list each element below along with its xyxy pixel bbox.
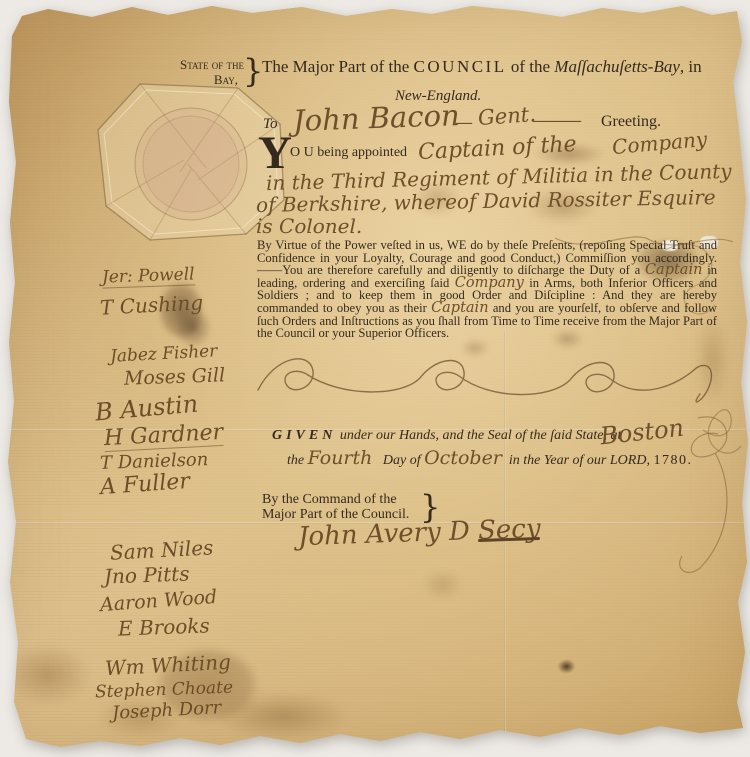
title-pre: The Major Part of the [262, 57, 414, 76]
signature-tail-stroke [478, 537, 540, 542]
stain [415, 565, 470, 605]
suffix-dash: ——— [532, 110, 580, 131]
body-script-captain2: Captain [431, 300, 488, 316]
stain [168, 300, 218, 355]
given-line2: the Fourth Day of October in the Year of… [287, 447, 692, 469]
body-script-company: Company [455, 275, 524, 291]
body-seg1: By Virtue of the Power veſted in us, WE … [257, 238, 717, 277]
stain [0, 635, 105, 715]
stain [690, 300, 735, 420]
command-line2: Major Part of the Council. [262, 507, 409, 522]
torn-patch [700, 236, 718, 249]
embossed-paper-seal [88, 72, 293, 257]
council-signature: B Austin [94, 390, 199, 427]
council-signature: Aaron Wood [99, 586, 217, 616]
council-signature: Moses Gill [124, 364, 226, 390]
stain [195, 685, 370, 747]
stain [515, 182, 610, 230]
fold-crease-vertical [504, 332, 506, 757]
secretary-signature: John Avery D Secy [298, 514, 541, 552]
stain [85, 690, 195, 745]
state-line2: Bay, [148, 72, 244, 87]
council-signature: H Gardner [103, 420, 223, 452]
commission-body-paragraph: By Virtue of the Power veſted in us, WE … [257, 239, 717, 340]
given-day: Fourth [308, 447, 373, 469]
council-signature: E Brooks [118, 613, 210, 640]
pen-flourish-right [545, 220, 745, 470]
stain [405, 175, 470, 223]
title-colony: Maſſachuſetts-Bay [554, 57, 680, 76]
council-signature: T Danielson [100, 449, 209, 474]
given-word: GIVEN [272, 428, 336, 443]
state-line1: State of the [148, 57, 244, 72]
title-council: COUNCIL [414, 57, 507, 76]
commission-document-photo: State of the Bay, } The Major Part of th… [0, 0, 750, 757]
council-signature: Stephen Choate [95, 678, 234, 703]
region-line: New-England. [395, 88, 481, 105]
council-signature: Joseph Dorr [112, 697, 222, 724]
council-signature: Wm Whiting [104, 650, 231, 681]
council-signature: A Fuller [99, 469, 190, 500]
ink-spot [556, 658, 577, 675]
appointment-company: Company [611, 127, 708, 159]
document-title: The Major Part of the COUNCIL of the Maſ… [262, 57, 702, 77]
command-line1: By the Command of the [262, 492, 409, 507]
recipient-name: John Bacon [292, 98, 460, 138]
pen-flourish-boston-tail [660, 408, 750, 588]
given-yearpre: in the Year of our LORD, [509, 453, 650, 468]
appointment-line3: of Berkshire, whereof David Rossiter Esq… [256, 185, 716, 217]
given-month: October [424, 447, 502, 469]
appointment-line4: is Colonel. [256, 214, 362, 238]
parchment-wrap: State of the Bay, } The Major Part of th… [0, 0, 750, 757]
stain [545, 325, 590, 353]
fold-crease-horizontal [0, 522, 750, 524]
council-signature: Jno Pitts [104, 562, 190, 589]
stain [625, 232, 710, 290]
torn-patch [662, 240, 678, 251]
stain [455, 335, 495, 361]
council-signature: Jer: Powell [102, 264, 195, 288]
pen-flourish [250, 338, 720, 428]
command-block: By the Command of the Major Part of the … [262, 492, 409, 522]
fold-crease-horizontal [0, 429, 750, 431]
given-place: Boston [599, 414, 685, 451]
state-brace: } [243, 52, 263, 90]
parchment-sheet: State of the Bay, } The Major Part of th… [0, 0, 750, 757]
command-brace: } [420, 488, 440, 526]
dropcap-Y: Y [258, 131, 292, 175]
body-script-captain1: Captain [645, 262, 702, 278]
recipient-suffix: Gent. [477, 102, 536, 130]
to-label: To [263, 116, 277, 133]
council-signature: Sam Niles [109, 535, 213, 564]
stain [150, 270, 212, 350]
stain [140, 635, 275, 735]
council-signature: T Cushing [99, 290, 203, 319]
council-signature: Jabez Fisher [110, 341, 218, 367]
recipient-dash: — [455, 112, 473, 133]
body-seg2: in leading, ordering and exerciſing ſaid [257, 263, 717, 290]
state-designation: State of the Bay, [148, 57, 244, 87]
title-post: , in [680, 57, 702, 76]
appointment-printed: O U being appointed [290, 145, 407, 161]
stain [522, 138, 617, 170]
given-the: the [287, 453, 304, 468]
body-seg4: and you are yourſelf, to obſerve and fol… [257, 301, 717, 340]
given-line1: GIVEN under our Hands, and the Seal of t… [272, 428, 621, 444]
appointment-rank: Captain of the [417, 132, 577, 165]
given-pre: under our Hands, and the Seal of the ſai… [340, 428, 622, 443]
body-seg3: in Arms, both Inferior Officers and Sold… [257, 276, 717, 315]
given-year: 1780. [653, 453, 692, 468]
given-dayof: Day of [383, 453, 421, 468]
greeting: Greeting. [601, 113, 661, 131]
appointment-line2: in the Third Regiment of Militia in the … [266, 159, 732, 195]
title-mid: of the [507, 57, 555, 76]
